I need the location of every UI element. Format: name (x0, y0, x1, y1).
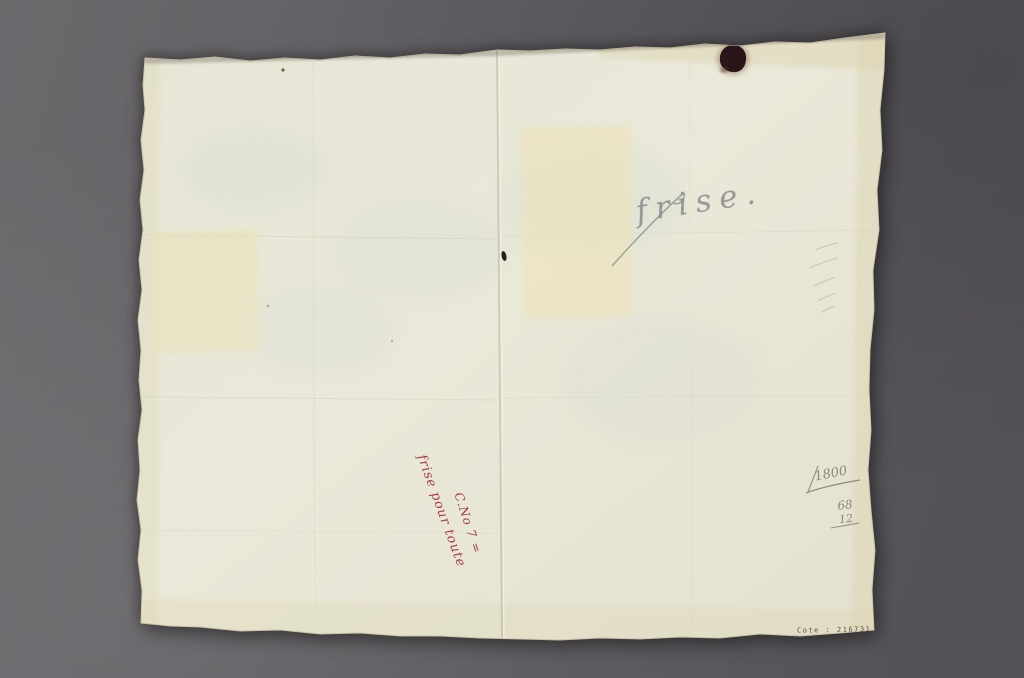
pencil-number-bottom: 12 (838, 512, 853, 526)
photo-background: frise. frise pour toute C.No 7 = 1800 68… (0, 0, 1024, 678)
paper-sheet (0, 0, 1024, 678)
inventory-stamp: Cote : 216731 (797, 625, 871, 634)
center-patch (521, 125, 633, 319)
pencil-number-middle: 68 (837, 497, 854, 513)
left-patch (153, 228, 259, 354)
ink-blot (717, 43, 749, 75)
